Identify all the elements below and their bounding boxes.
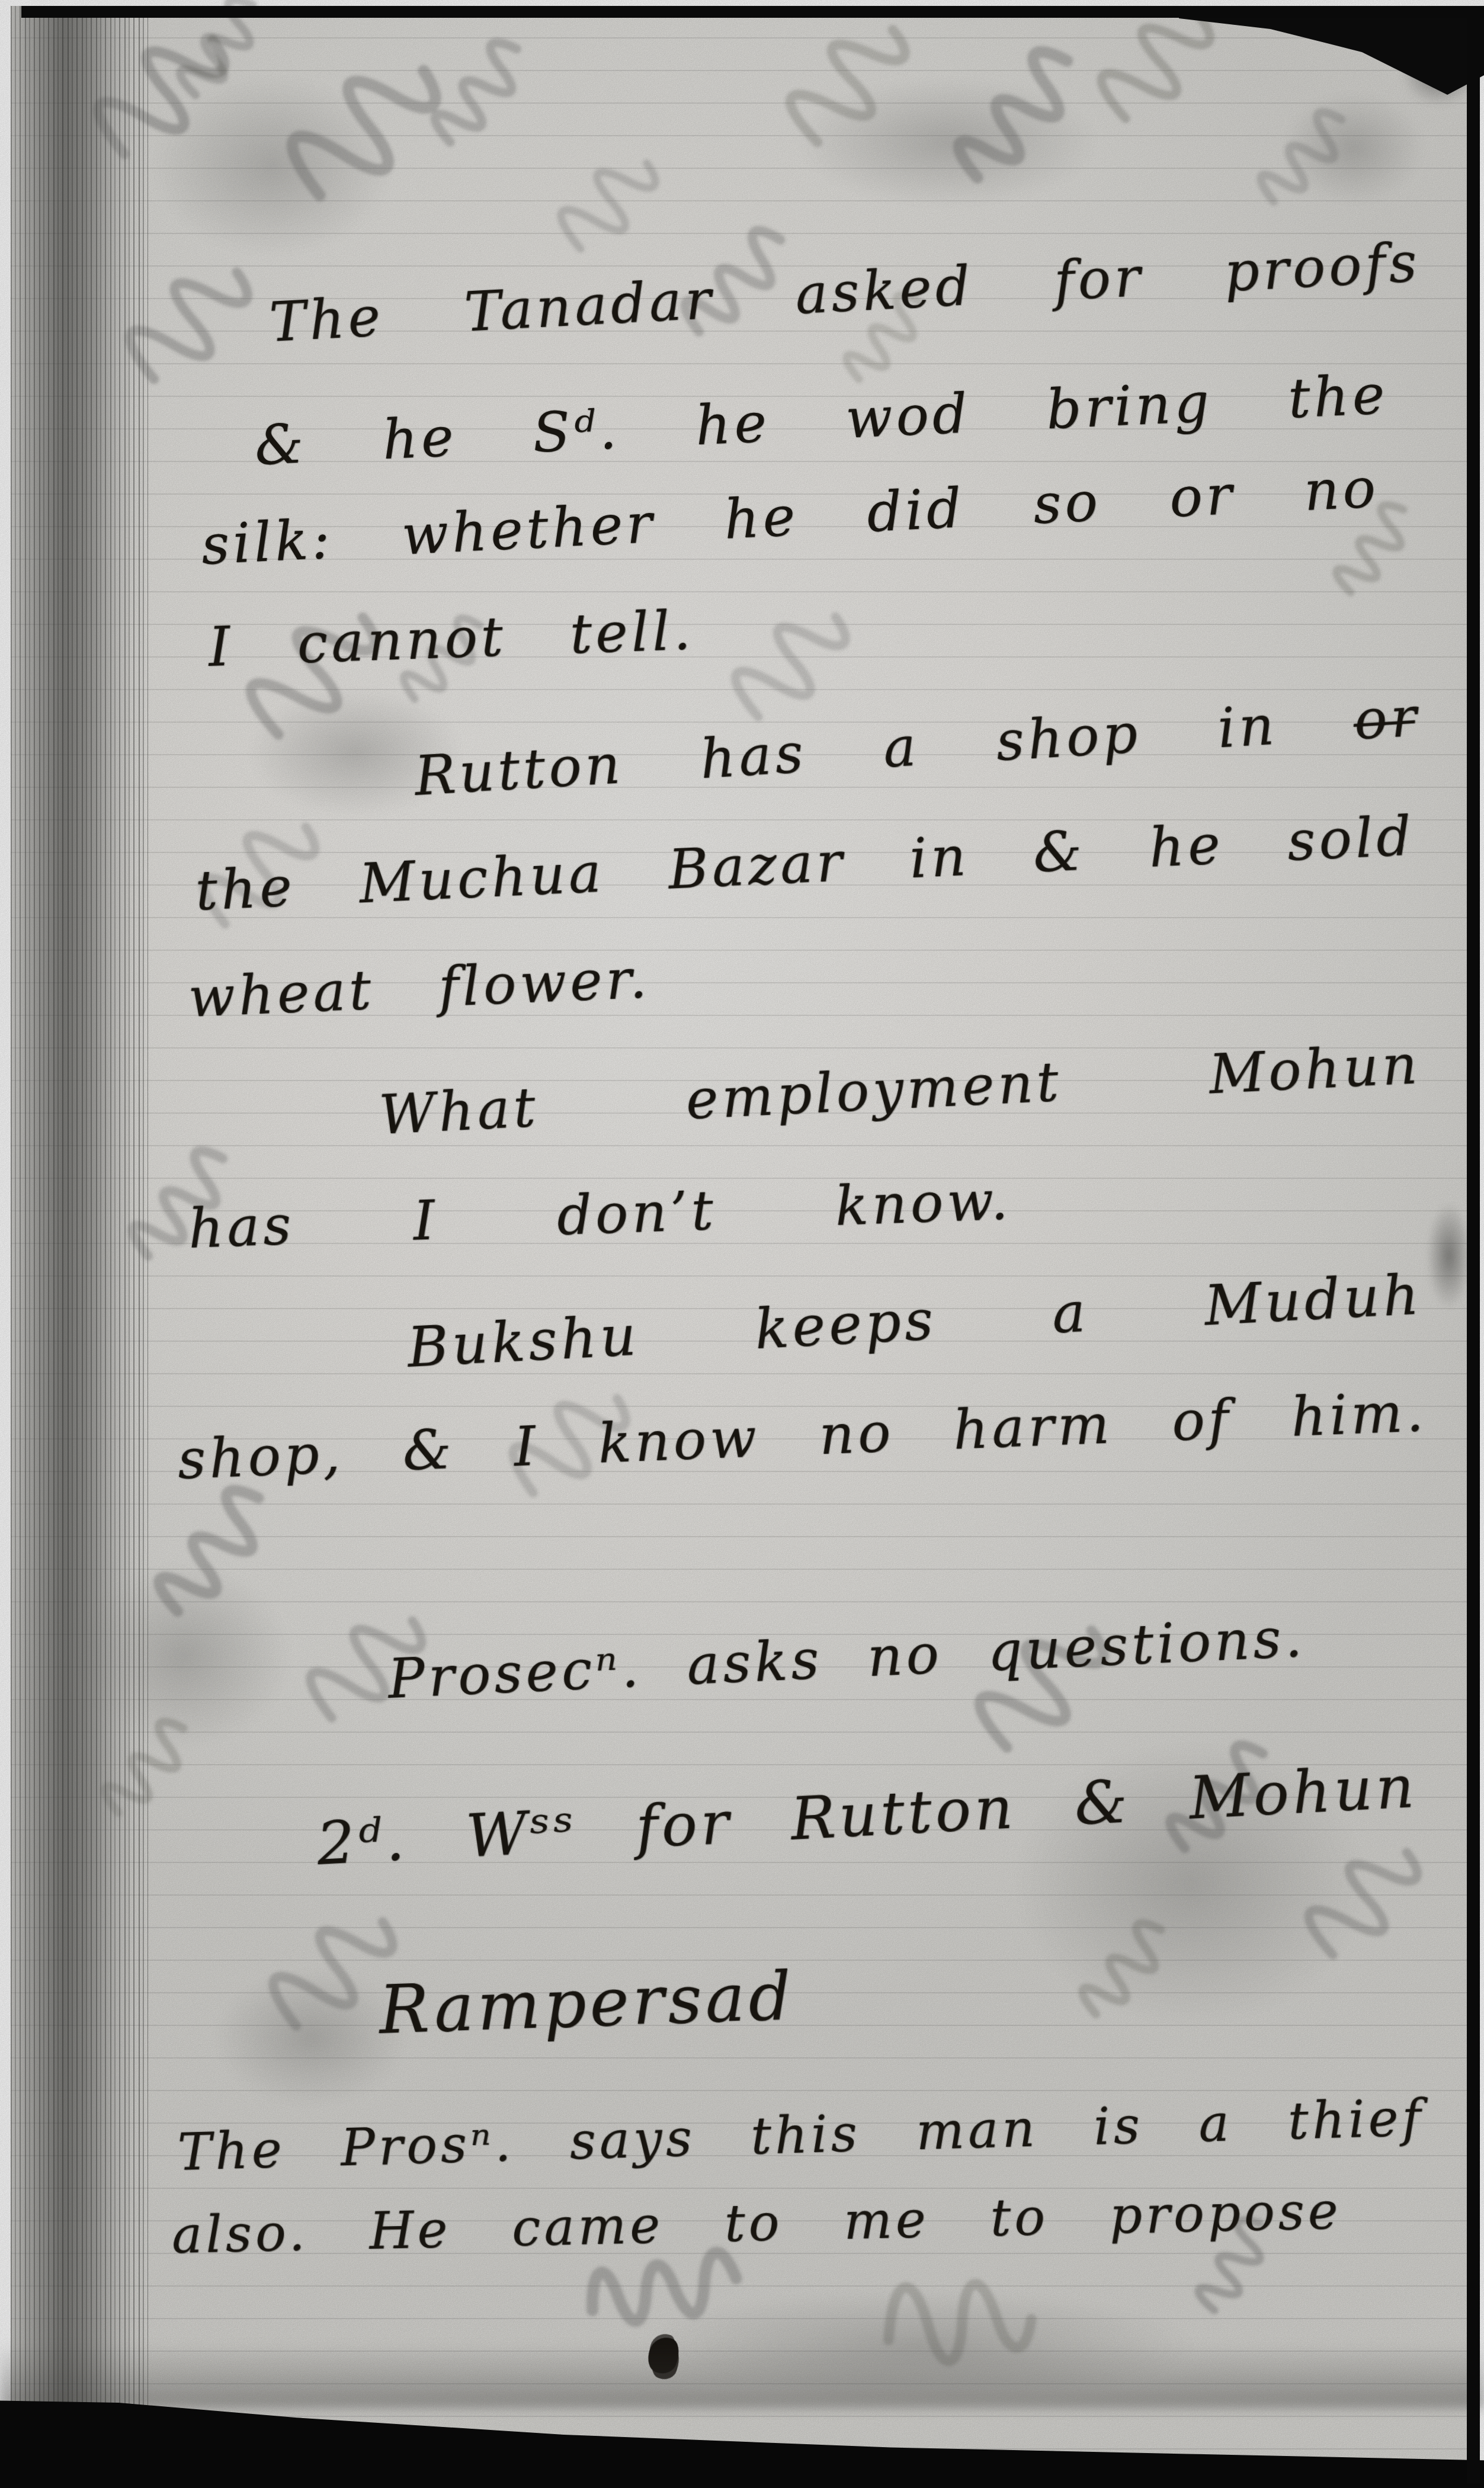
scan-border-right bbox=[1467, 6, 1480, 2483]
book-binding-gutter bbox=[11, 6, 148, 2483]
bleed-smudge bbox=[741, 53, 1155, 231]
bleed-smudge bbox=[948, 1688, 1434, 2079]
scan-border-top bbox=[21, 6, 1484, 18]
manuscript-scan: The Tanadar asked for proofs & he Sᵈ. he… bbox=[0, 0, 1484, 2488]
page-edge-smudge bbox=[1427, 1203, 1472, 1309]
bottom-page-curl-shadow bbox=[0, 2343, 1484, 2408]
bleed-smudge bbox=[107, 41, 438, 290]
